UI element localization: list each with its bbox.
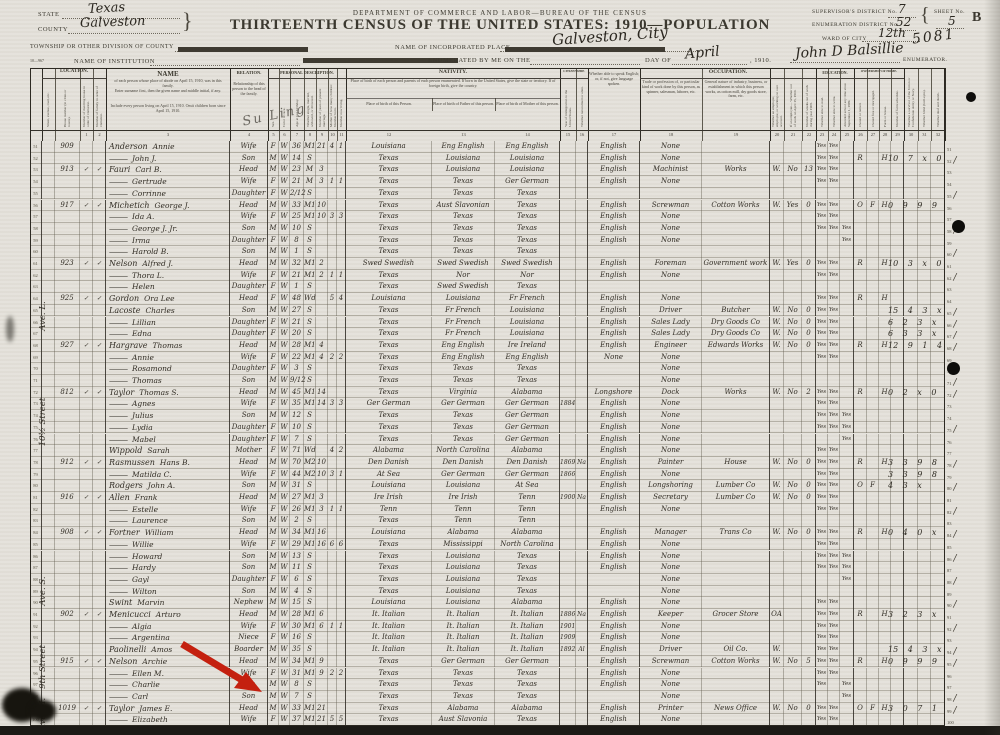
cell-wr: Yes (828, 141, 840, 153)
cell-cv (337, 480, 346, 492)
cell-ind: Grocer Store (702, 609, 770, 621)
cell-cv (337, 258, 346, 270)
cell-fam (93, 621, 106, 633)
month-value: April (684, 44, 720, 63)
cell-bm: Tenn (495, 492, 560, 504)
cell-fh (879, 164, 891, 176)
cell-bm: Texas (495, 200, 560, 212)
tabulation-marks: 4 3 x (888, 480, 948, 491)
cell-co: W (279, 270, 290, 282)
cell-ow: No (784, 387, 802, 399)
gutter-row: 88/ (947, 574, 977, 586)
cell-sx: M (268, 223, 279, 235)
cell-sc: Yes (840, 574, 854, 586)
surname: Lacoste (109, 306, 140, 315)
cell-bp: Texas (346, 703, 432, 715)
cell-fh (879, 597, 891, 609)
cell-ind: Cotton Works (702, 656, 770, 668)
gutter-row: 83 (947, 515, 977, 527)
cell-en (588, 188, 640, 200)
cell-cb (328, 387, 337, 399)
given-name: Carl B. (130, 165, 161, 174)
cell-bm: Louisiana (495, 305, 560, 317)
cell-rd: Yes (816, 153, 828, 165)
cell-wk (802, 714, 816, 726)
cell-na (576, 211, 588, 223)
cell-war (904, 375, 918, 387)
col-number: 3 (106, 132, 230, 140)
cell-rd (816, 515, 828, 527)
cell-bf: It. Italian (432, 621, 495, 633)
cell-im (560, 422, 576, 434)
surname-ditto: ——— (109, 190, 127, 198)
form-title: THIRTEENTH CENSUS OF THE UNITED STATES: … (210, 17, 790, 34)
surname-ditto: ——— (109, 634, 127, 642)
cell-bl (918, 352, 931, 364)
table-row: 59———IrmaDaughterFW8STexasTexasTexasEngl… (30, 235, 945, 247)
line-number: 52 (947, 159, 952, 164)
cell-cv: 6 (337, 539, 346, 551)
col-english-label: Whether able to speak English; or, if no… (589, 72, 639, 128)
cell-ho: O (854, 200, 867, 212)
cell-wr: Yes (828, 422, 840, 434)
cell-bp: Texas (346, 363, 432, 375)
cell-ho (854, 141, 867, 153)
county-brace: } (182, 8, 193, 34)
cell-em (770, 211, 784, 223)
cell-ag: 21 (290, 317, 304, 329)
cell-em (770, 375, 784, 387)
cell-em (770, 141, 784, 153)
cell-cv (337, 644, 346, 656)
surname: Taylor (109, 704, 134, 713)
cell-tr: None (640, 621, 702, 633)
cell-na (576, 223, 588, 235)
cell-na (576, 562, 588, 574)
cell-rel: Wife (230, 539, 268, 551)
cell-fam (93, 469, 106, 481)
given-name: Ellen M. (127, 669, 164, 678)
cell-co: W (279, 328, 290, 340)
gutter-row: 63 (947, 281, 977, 293)
cell-im (560, 504, 576, 516)
surname-ditto: ——— (109, 553, 127, 561)
cell-fs (891, 551, 904, 563)
cell-ms: M2 (304, 457, 316, 469)
line-number: 74 (947, 416, 952, 421)
cell-ag: 35 (290, 398, 304, 410)
cell-name: TaylorJames E. (106, 703, 230, 715)
cell-rel: Wife (230, 176, 268, 188)
col-number: 17 (588, 132, 640, 140)
cell-fs (891, 586, 904, 598)
given-name: Thomas S. (134, 388, 178, 397)
surname-ditto: ——— (109, 693, 127, 701)
cell-wk (802, 469, 816, 481)
cell-sc (840, 621, 854, 633)
cell-ms: M1 (304, 270, 316, 282)
gutter-row: 96 (947, 668, 977, 680)
cell-wr: Yes (828, 609, 840, 621)
cell-df (931, 714, 945, 726)
col-fam-vertical-label: Number of family in order of visitation. (94, 80, 105, 128)
cell-fam: ✓ (93, 387, 106, 399)
cell-dwell (80, 644, 93, 656)
surname-ditto: ——— (109, 365, 127, 373)
cell-wk (802, 586, 816, 598)
table-row: 81916✓✓AllenFrankHeadMW27M13Ire IrishIre… (30, 492, 945, 504)
cell-ym: 6 (316, 609, 328, 621)
cell-wk (802, 352, 816, 364)
cell-fam (93, 644, 106, 656)
cell-bf: Alabama (432, 527, 495, 539)
cell-rd (816, 434, 828, 446)
cell-ind (702, 270, 770, 282)
given-name: Corrinne (127, 189, 166, 198)
cell-fh (879, 504, 891, 516)
cell-df (931, 352, 945, 364)
cell-co: W (279, 235, 290, 247)
cell-en: English (588, 539, 640, 551)
cell-na (576, 281, 588, 293)
cell-ho (854, 164, 867, 176)
cell-ow (784, 714, 802, 726)
cell-cb (328, 235, 337, 247)
cell-cb: 1 (328, 270, 337, 282)
cell-dwell: ✓ (80, 703, 93, 715)
cell-cv: 1 (337, 176, 346, 188)
cell-en: English (588, 270, 640, 282)
cell-mo (867, 305, 879, 317)
table-row: 84908✓✓FortnerWilliamHeadMW34M116Louisia… (30, 527, 945, 539)
cell-ho: R (854, 387, 867, 399)
given-name: Arturo (151, 610, 181, 619)
cell-ho (854, 668, 867, 680)
given-name: Annie (148, 142, 175, 151)
cell-bp: Ire Irish (346, 492, 432, 504)
cell-bp: Texas (346, 246, 432, 258)
cell-fs (891, 270, 904, 282)
cell-na (576, 375, 588, 387)
cell-im (560, 539, 576, 551)
surname-ditto: ——— (109, 330, 127, 338)
cell-fam (93, 211, 106, 223)
cell-fh (879, 235, 891, 247)
cell-tr: None (640, 714, 702, 726)
cell-rel: Wife (230, 504, 268, 516)
cell-ms: M1 (304, 656, 316, 668)
header-rule (346, 98, 560, 99)
cell-im (560, 597, 576, 609)
cell-wr: Yes (828, 504, 840, 516)
cell-ind (702, 551, 770, 563)
cell-ow (784, 539, 802, 551)
cell-rel: Son (230, 410, 268, 422)
cell-ms: M1 (304, 609, 316, 621)
cell-tr (640, 281, 702, 293)
cell-fh (879, 363, 891, 375)
cell-ow (784, 363, 802, 375)
cell-ind (702, 223, 770, 235)
cell-co: W (279, 644, 290, 656)
col-df-vertical-label: Whether deaf and dumb. (932, 70, 944, 128)
cell-na (576, 176, 588, 188)
cell-ag: 1 (290, 281, 304, 293)
cell-fam (93, 363, 106, 375)
cell-mo: F (867, 703, 879, 715)
cell-na (576, 574, 588, 586)
given-name: Ida A. (127, 212, 154, 221)
col-bm-label: Place of birth of Mother of this person. (496, 102, 559, 128)
cell-rd: Yes (816, 621, 828, 633)
cell-em (770, 223, 784, 235)
cell-cb (328, 586, 337, 598)
cell-ym (316, 281, 328, 293)
cell-sx: M (268, 492, 279, 504)
cell-ag: 16 (290, 632, 304, 644)
cell-ym: 2 (316, 258, 328, 270)
cell-name: HargraveThomas (106, 340, 230, 352)
cell-ym: 16 (316, 539, 328, 551)
table-row: 68927✓✓HargraveThomasHeadMW28M14TexasEng… (30, 340, 945, 352)
cell-df (931, 515, 945, 527)
cell-en (588, 246, 640, 258)
cell-bm: Swed Swedish (495, 258, 560, 270)
cell-bm: Den Danish (495, 457, 560, 469)
cell-rd: Yes (816, 609, 828, 621)
cell-cv: 1 (337, 621, 346, 633)
cell-bp: Alabama (346, 445, 432, 457)
cell-im (560, 387, 576, 399)
cell-dwell (80, 153, 93, 165)
cell-im (560, 200, 576, 212)
cell-im (560, 363, 576, 375)
cell-cv (337, 188, 346, 200)
cell-wk (802, 551, 816, 563)
cell-en (588, 375, 640, 387)
line-number: 55 (947, 194, 952, 199)
cell-dwell (80, 352, 93, 364)
cell-ag: 33 (290, 703, 304, 715)
cell-rel: Son (230, 375, 268, 387)
cell-im (560, 527, 576, 539)
cell-ym (316, 597, 328, 609)
table-row: 77WippoldSarahMotherFW71Wd42AlabamaNorth… (30, 445, 945, 457)
surname-ditto: ——— (109, 541, 127, 549)
cell-wr: Yes (828, 211, 840, 223)
cell-ym (316, 515, 328, 527)
cell-name: ———Rosamond (106, 363, 230, 375)
cell-tr: None (640, 679, 702, 691)
cell-sc (840, 211, 854, 223)
cell-ow: No (784, 317, 802, 329)
cell-en: English (588, 527, 640, 539)
gutter-row: 76 (947, 434, 977, 446)
col-trade-label: Trade or profession of, or particular ki… (641, 80, 701, 128)
cell-em: W. (770, 703, 784, 715)
cell-co: W (279, 434, 290, 446)
group-relation: RELATION. (230, 70, 268, 78)
cell-bm: Texas (495, 679, 560, 691)
cell-fam (93, 141, 106, 153)
given-name: Howard (127, 552, 162, 561)
gutter-row: 100 (947, 714, 977, 726)
surname: Nelson (109, 657, 137, 666)
cell-wk (802, 434, 816, 446)
gutter-row: 87 (947, 562, 977, 574)
cell-rd: Yes (816, 632, 828, 644)
cell-sc (840, 281, 854, 293)
cell-sx: F (268, 328, 279, 340)
cell-bf: Texas (432, 223, 495, 235)
cell-bp: Tenn (346, 504, 432, 516)
surname: Nelson (109, 259, 137, 268)
cell-fam (93, 328, 106, 340)
cell-fs (891, 492, 904, 504)
cell-bp: Texas (346, 153, 432, 165)
cell-tr: None (640, 632, 702, 644)
col-number: 14 (495, 132, 560, 140)
col-ms-vertical-label: Whether single, married, widowed, or div… (305, 80, 315, 128)
cell-ow (784, 293, 802, 305)
cell-sc (840, 457, 854, 469)
cell-cb: 4 (328, 141, 337, 153)
cell-ind (702, 281, 770, 293)
cell-wr (828, 679, 840, 691)
cell-mo (867, 679, 879, 691)
cell-fh: H (879, 293, 891, 305)
cell-wr (828, 574, 840, 586)
cell-ind (702, 574, 770, 586)
cell-im (560, 293, 576, 305)
cell-bm: Tenn (495, 504, 560, 516)
cell-na (576, 668, 588, 680)
cell-rd: Yes (816, 597, 828, 609)
cell-cb: 1 (328, 176, 337, 188)
cell-cv (337, 328, 346, 340)
cell-em: W. (770, 200, 784, 212)
cell-wr: Yes (828, 597, 840, 609)
cell-co: W (279, 387, 290, 399)
given-name: John A. (143, 481, 175, 490)
cell-sc (840, 188, 854, 200)
cell-bl (918, 422, 931, 434)
cell-fh (879, 714, 891, 726)
cell-fs (891, 410, 904, 422)
cell-ind (702, 153, 770, 165)
cell-sx: M (268, 551, 279, 563)
cell-bf: It. Italian (432, 632, 495, 644)
cell-sx: M (268, 562, 279, 574)
cell-co: W (279, 375, 290, 387)
cell-bl (918, 375, 931, 387)
cell-dwell: ✓ (80, 387, 93, 399)
table-row: 53913✓✓FauriCarl B.HeadMW23M3TexasLouisi… (30, 164, 945, 176)
cell-fam (93, 246, 106, 258)
cell-co: W (279, 562, 290, 574)
cell-em (770, 551, 784, 563)
cell-bm: Texas (495, 691, 560, 703)
cell-tr: Dock (640, 387, 702, 399)
cell-em: W. (770, 492, 784, 504)
cell-rd (816, 235, 828, 247)
cell-ms: S (304, 188, 316, 200)
cell-sc (840, 363, 854, 375)
cell-bf: Aust Slavonia (432, 714, 495, 726)
gutter-row: 98/ (947, 691, 977, 703)
cell-name: ———Gertrude (106, 176, 230, 188)
cell-ind (702, 352, 770, 364)
cell-cv: 1 (337, 504, 346, 516)
cell-ho (854, 352, 867, 364)
cell-na (576, 188, 588, 200)
cell-sc (840, 668, 854, 680)
cell-co: W (279, 340, 290, 352)
cell-tr: None (640, 574, 702, 586)
given-name: Harold B. (127, 247, 169, 256)
cell-cv (337, 679, 346, 691)
cell-name: AndersonAnnie (106, 141, 230, 153)
cell-em: W. (770, 340, 784, 352)
surname-ditto: ——— (109, 564, 127, 572)
cell-en: English (588, 609, 640, 621)
cell-name: ———Laurence (106, 515, 230, 527)
cell-im (560, 153, 576, 165)
cell-im (560, 211, 576, 223)
cell-name: LacosteCharles (106, 305, 230, 317)
cell-em (770, 621, 784, 633)
cell-ow (784, 609, 802, 621)
cell-bp: Texas (346, 410, 432, 422)
cell-dwell (80, 562, 93, 574)
table-row: 83———LaurenceSonMW2STexasTennTenn (30, 515, 945, 527)
cell-bm: Texas (495, 551, 560, 563)
cell-en: English (588, 223, 640, 235)
cell-sx: F (268, 539, 279, 551)
cell-wr (828, 515, 840, 527)
given-name: Marvin (132, 598, 164, 607)
cell-mo (867, 609, 879, 621)
line-number: 78 (947, 463, 952, 468)
cell-bl (918, 691, 931, 703)
cell-cb (328, 703, 337, 715)
cell-ow: No (784, 480, 802, 492)
cell-name: FortnerWilliam (106, 527, 230, 539)
sheet-letter: B (972, 10, 981, 26)
signature-blank (790, 58, 900, 63)
surname: Anderson (109, 142, 148, 151)
cell-bf: Texas (432, 668, 495, 680)
cell-na (576, 691, 588, 703)
cell-rd: Yes (816, 410, 828, 422)
cell-fam (93, 176, 106, 188)
given-name: James E. (134, 704, 172, 713)
cell-im: 1892 (560, 644, 576, 656)
cell-fam (93, 574, 106, 586)
cell-mo (867, 317, 879, 329)
cell-ho (854, 597, 867, 609)
cell-cv (337, 387, 346, 399)
given-name: Willie (127, 540, 154, 549)
cell-dwell: ✓ (80, 609, 93, 621)
cell-ym (316, 293, 328, 305)
cell-em (770, 632, 784, 644)
cell-co: W (279, 422, 290, 434)
cell-na (576, 679, 588, 691)
cell-sc (840, 398, 854, 410)
cell-ms: S (304, 480, 316, 492)
gutter-row: 67/ (947, 328, 977, 340)
